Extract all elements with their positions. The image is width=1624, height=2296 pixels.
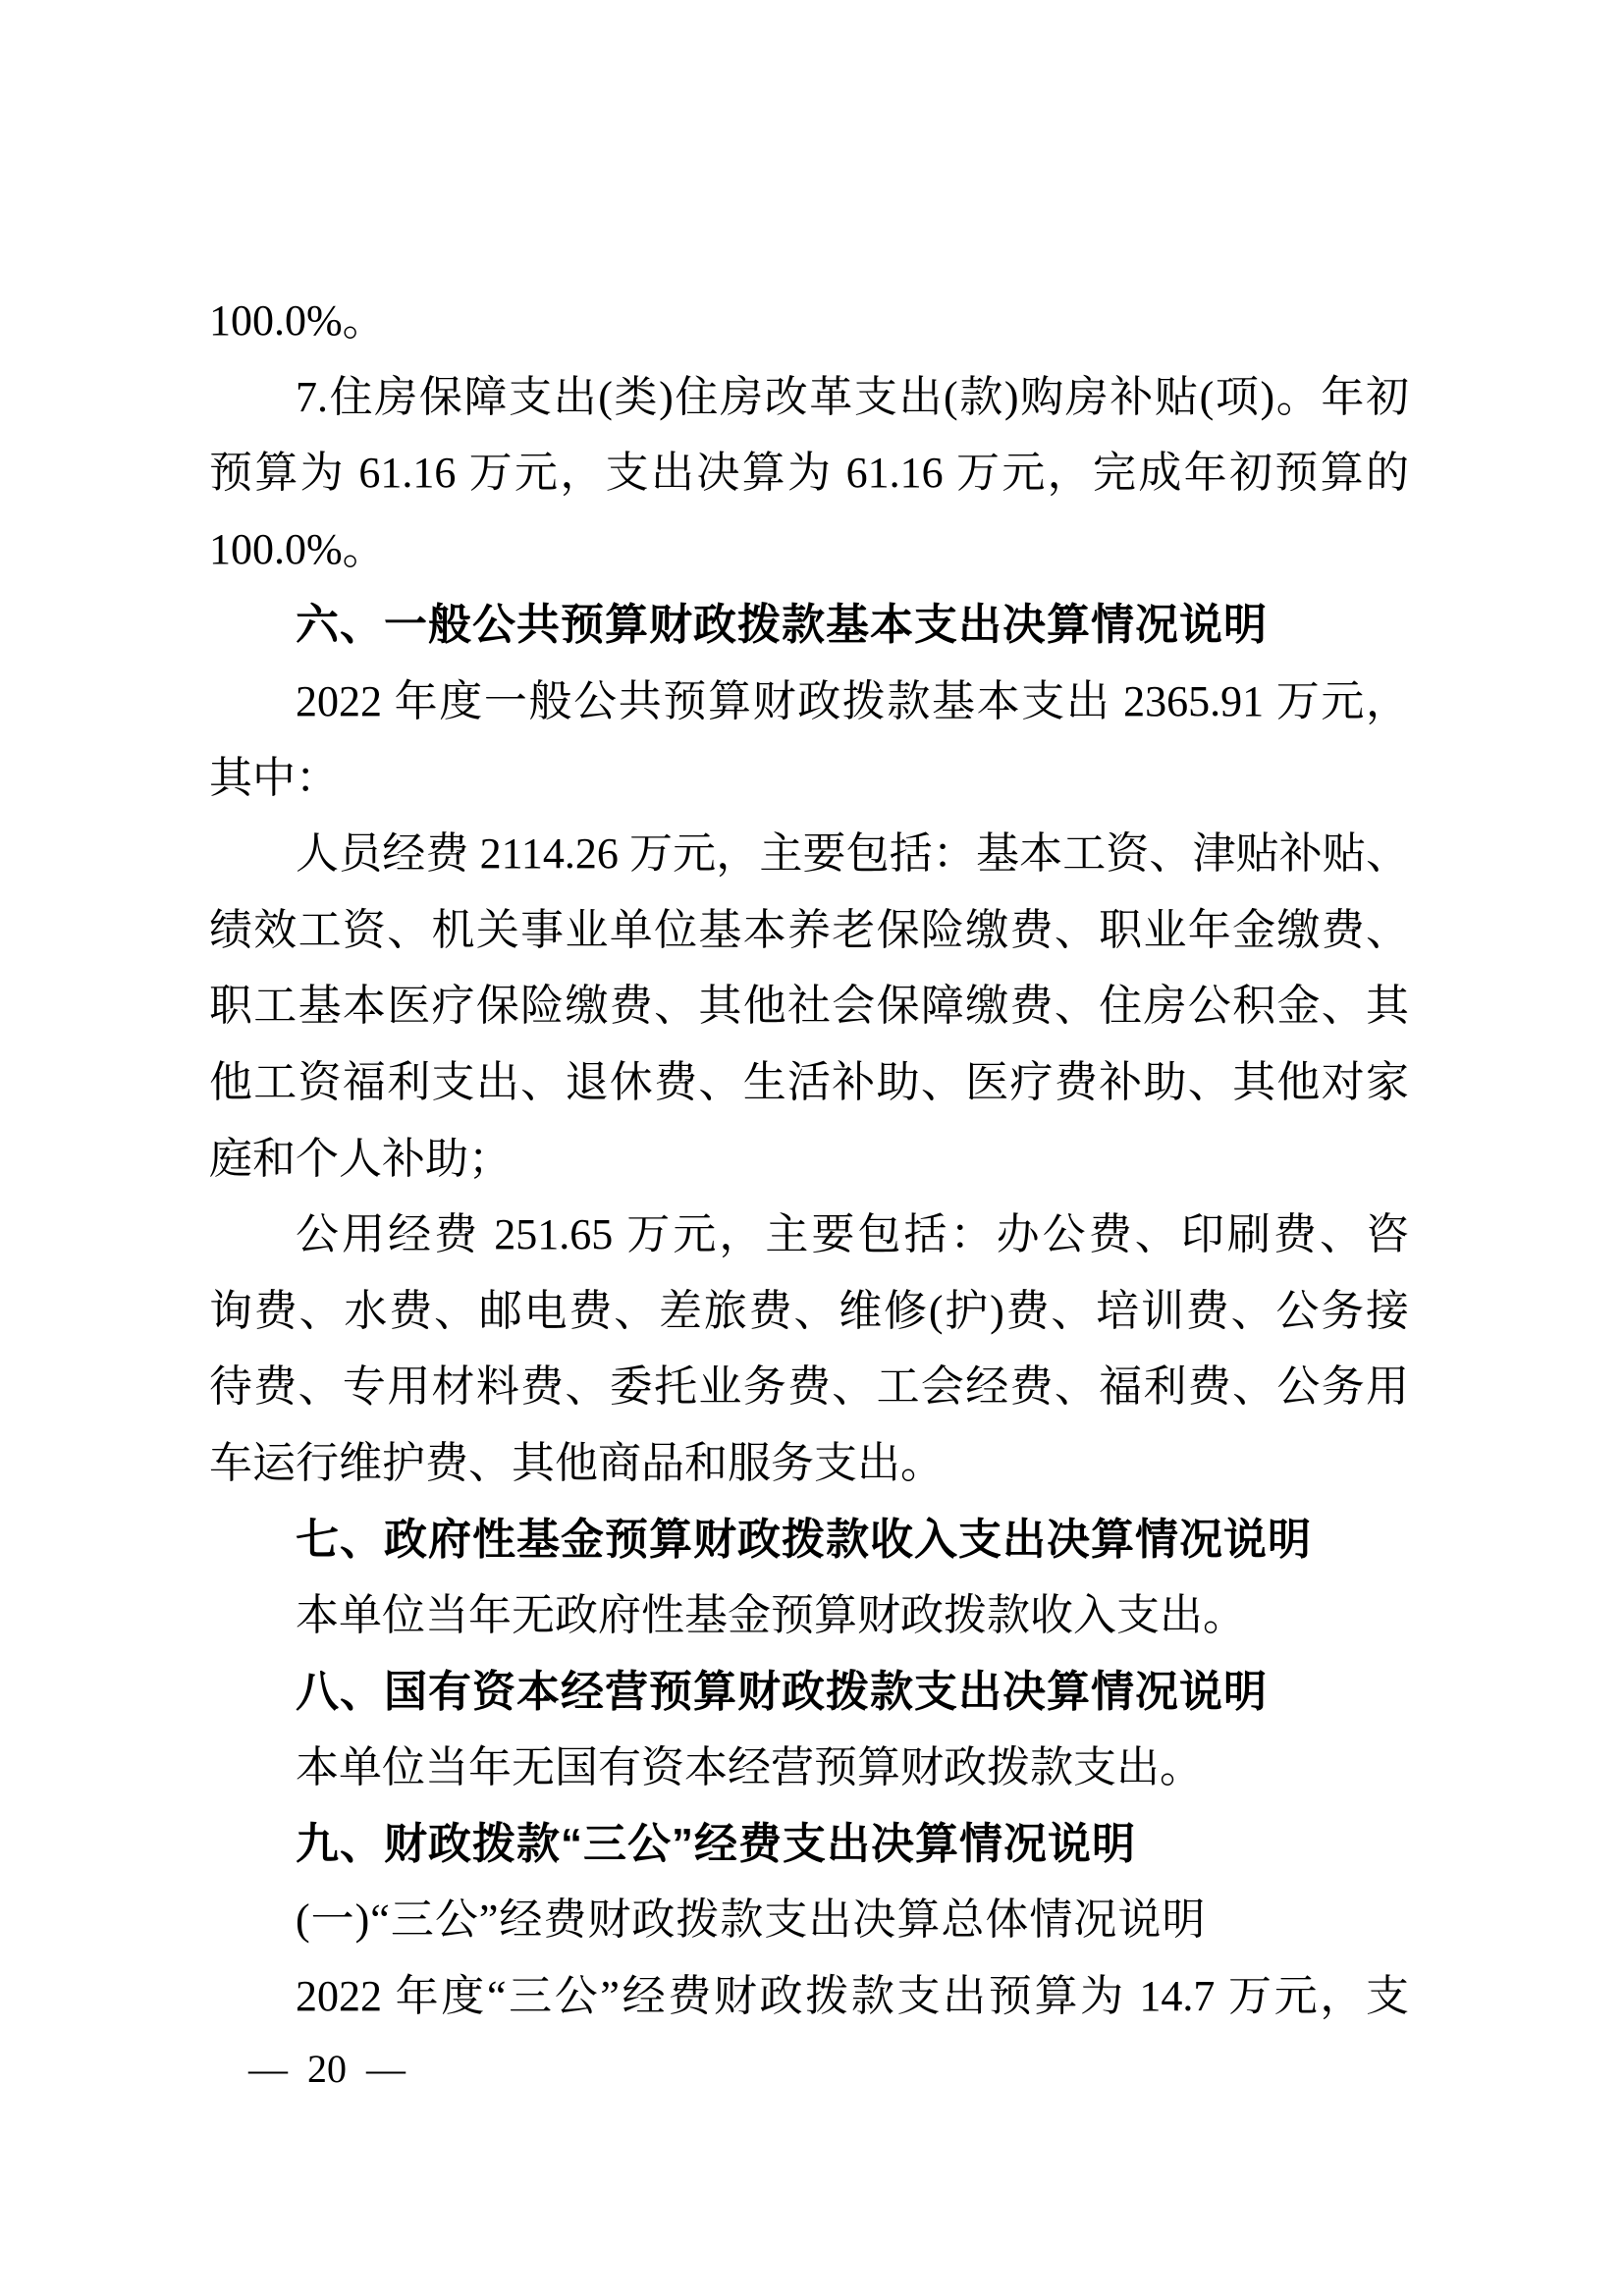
body-text-line: 他工资福利支出、退休费、生活补助、医疗费补助、其他对家: [209, 1044, 1409, 1121]
paragraph-continuation-line: 100.0%。: [209, 283, 1409, 359]
body-text-line: 询费、水费、邮电费、差旅费、维修(护)费、培训费、公务接: [209, 1273, 1409, 1350]
body-text-line: 其中：: [209, 740, 1409, 817]
body-text-line: 待费、专用材料费、委托业务费、工会经费、福利费、公务用: [209, 1349, 1409, 1425]
page-number: — 20 —: [248, 2040, 406, 2099]
body-text-line: 2022 年度一般公共预算财政拨款基本支出 2365.91 万元，: [209, 664, 1409, 740]
body-text-line: 预算为 61.16 万元，支出决算为 61.16 万元，完成年初预算的: [209, 435, 1409, 511]
body-text-line: 7.住房保障支出(类)住房改革支出(款)购房补贴(项)。年初: [209, 359, 1409, 436]
body-text-line: 本单位当年无政府性基金预算财政拨款收入支出。: [209, 1577, 1409, 1654]
body-text-line: 车运行维护费、其他商品和服务支出。: [209, 1425, 1409, 1502]
subsection-heading: (一)“三公”经费财政拨款支出决算总体情况说明: [209, 1882, 1409, 1958]
body-text-line: 100.0%。: [209, 511, 1409, 588]
document-page: 100.0%。 7.住房保障支出(类)住房改革支出(款)购房补贴(项)。年初 预…: [0, 0, 1624, 2296]
body-text-line: 人员经费 2114.26 万元，主要包括：基本工资、津贴补贴、: [209, 816, 1409, 892]
section-heading-six: 六、一般公共预算财政拨款基本支出决算情况说明: [209, 587, 1409, 664]
body-text-line: 公用经费 251.65 万元，主要包括：办公费、印刷费、咨: [209, 1197, 1409, 1273]
document-text-block: 100.0%。 7.住房保障支出(类)住房改革支出(款)购房补贴(项)。年初 预…: [209, 283, 1409, 2035]
body-text-line: 2022 年度“三公”经费财政拨款支出预算为 14.7 万元，支: [209, 1958, 1409, 2035]
body-text-line: 庭和个人补助；: [209, 1121, 1409, 1198]
section-heading-seven: 七、政府性基金预算财政拨款收入支出决算情况说明: [209, 1502, 1409, 1578]
section-heading-eight: 八、国有资本经营预算财政拨款支出决算情况说明: [209, 1654, 1409, 1731]
section-heading-nine: 九、财政拨款“三公”经费支出决算情况说明: [209, 1806, 1409, 1883]
body-text-line: 绩效工资、机关事业单位基本养老保险缴费、职业年金缴费、: [209, 892, 1409, 969]
body-text-line: 职工基本医疗保险缴费、其他社会保障缴费、住房公积金、其: [209, 968, 1409, 1044]
body-text-line: 本单位当年无国有资本经营预算财政拨款支出。: [209, 1730, 1409, 1806]
